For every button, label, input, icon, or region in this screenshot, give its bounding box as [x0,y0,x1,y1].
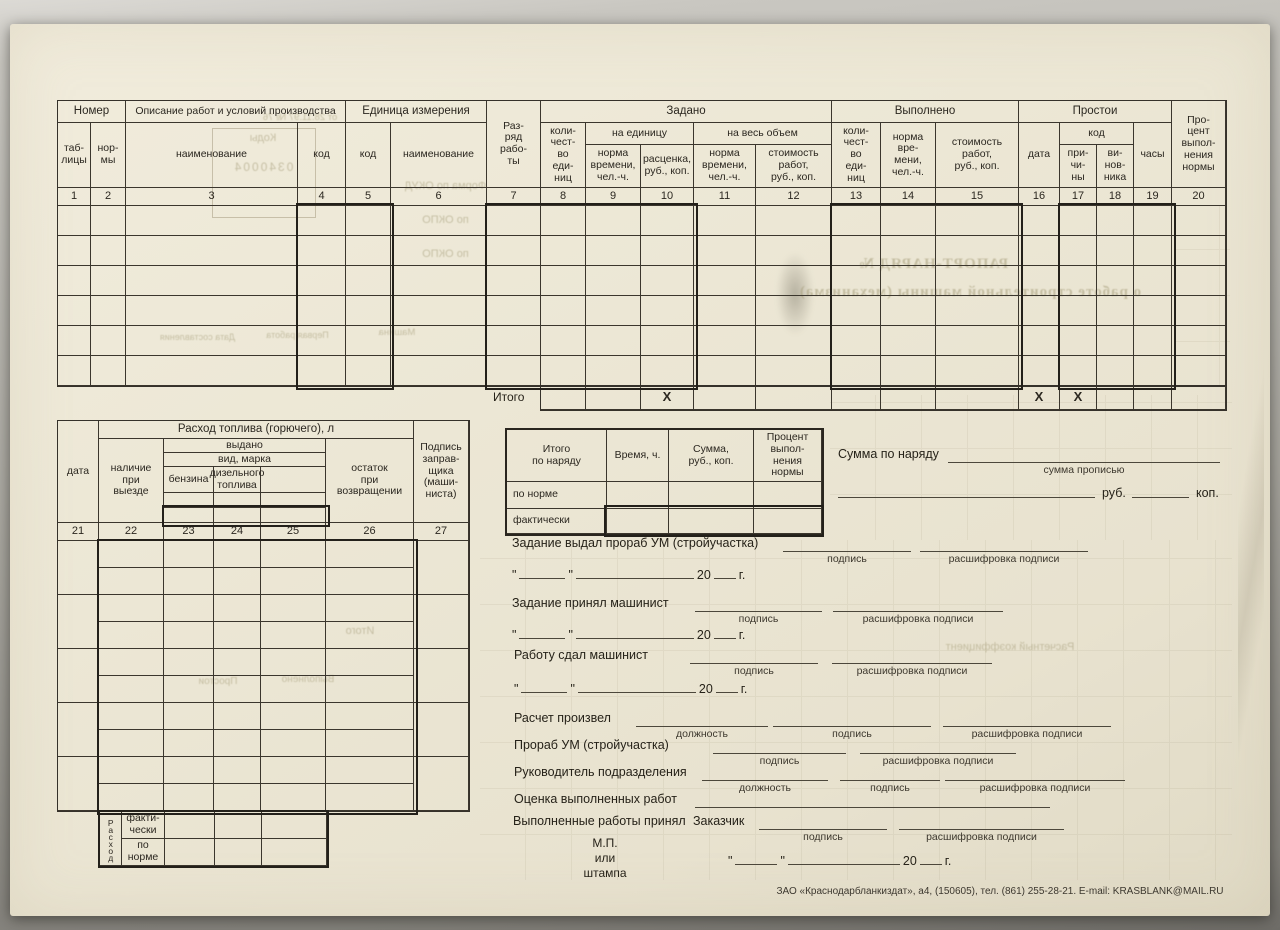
body-cell [298,356,346,386]
body-cell [832,296,881,326]
body-cell [1134,266,1172,296]
column-number: 5 [346,188,391,206]
body-cell [694,206,756,236]
column-number: 19 [1134,188,1172,206]
sum-line [1132,497,1189,498]
body-cell [641,266,694,296]
body-cell [541,296,586,326]
body-cell [541,266,586,296]
fuel-consumption-table: дата Расход топлива (горючего), л наличи… [57,420,470,812]
body-cell [58,541,99,595]
body-cell [58,356,91,386]
body-cell [261,568,326,595]
printer-footer: ЗАО «Краснодарбланкиздат», а4, (150605),… [770,886,1230,897]
body-cell [346,296,391,326]
body-cell [214,541,261,568]
signature-line: расшифровка подписи [945,780,1125,794]
body-cell [487,206,541,236]
col-header-time: Время, ч. [607,430,669,482]
body-cell [1097,236,1134,266]
body-cell [1060,296,1097,326]
empty-cell [607,482,669,509]
col-header-rate: расценка, руб., коп. [641,145,694,188]
col-header-name: наименование [391,123,487,188]
body-cell [391,356,487,386]
empty-cell [165,812,215,839]
sum-in-words-line: сумма прописью [948,462,1220,476]
body-cell [391,296,487,326]
body-cell [586,296,641,326]
body-cell [99,622,164,649]
fuel-consumption-footer: Расход факти- чески по норме [98,810,329,868]
body-cell [164,595,214,622]
column-number: 26 [326,523,414,541]
body-cell [756,356,832,386]
body-cell [326,622,414,649]
column-number: 21 [58,523,99,541]
signature-row-label: Задание принял машинист [512,596,669,610]
row-header-by-norm: по норме [122,839,165,866]
empty-cell [262,839,327,866]
body-cell [99,595,164,622]
col-header-per-volume: на весь объем [694,123,832,145]
body-cell [326,595,414,622]
body-cell [1019,236,1060,266]
body-cell [298,206,346,236]
body-cell [58,595,99,649]
body-cell [1172,326,1226,356]
body-cell [99,703,164,730]
col-header-time-norm: норма времени, чел.-ч. [694,145,756,188]
col-header-norm: нор- мы [91,123,126,188]
body-cell [586,236,641,266]
empty-cell [214,493,261,508]
body-cell [91,296,126,326]
signature-line: расшифровка подписи [920,551,1088,565]
body-cell [126,356,298,386]
body-cell [126,296,298,326]
body-cell [832,326,881,356]
row-header-by-norm: по норме [507,482,607,509]
column-number: 9 [586,188,641,206]
body-cell [391,326,487,356]
body-cell [261,784,326,811]
empty-cell [607,509,669,534]
column-number: 24 [214,523,261,541]
body-cell [694,236,756,266]
date-line: ""20г. [512,626,745,642]
body-cell [756,326,832,356]
body-cell [881,326,936,356]
body-cell [326,757,414,784]
body-cell [214,757,261,784]
body-cell [346,326,391,356]
body-cell [391,206,487,236]
body-cell [936,296,1019,326]
body-cell [326,784,414,811]
body-cell [261,595,326,622]
body-cell [326,541,414,568]
column-number: 16 [1019,188,1060,206]
body-cell [214,703,261,730]
col-header-date: дата [1019,123,1060,188]
empty-cell [261,508,326,523]
body-cell [58,703,99,757]
kop-label: коп. [1196,486,1219,500]
body-cell [1060,356,1097,386]
column-number: 4 [298,188,346,206]
body-cell [541,356,586,386]
totals-cell [586,386,641,410]
signature-row-label: Работу сдал машинист [514,648,648,662]
body-cell [1097,206,1134,236]
body-cell [641,356,694,386]
date-line: ""20г. [514,680,747,696]
body-cell [91,266,126,296]
body-cell [326,649,414,676]
column-number: 17 [1060,188,1097,206]
body-cell [326,730,414,757]
column-number: 18 [1097,188,1134,206]
signature-line: подпись [690,663,818,677]
body-cell [881,356,936,386]
col-header-remainder: остаток при возвращении [326,439,414,523]
col-header-cost: стоимость работ, руб., коп. [756,145,832,188]
row-header-actual: фактически [507,509,607,534]
totals-x-cell: X [1019,386,1060,410]
body-cell [1172,266,1226,296]
empty-cell [164,493,214,508]
body-cell [832,206,881,236]
empty-cell [261,493,326,508]
body-cell [261,730,326,757]
body-cell [1060,326,1097,356]
col-header-percent: Про- цент выпол- нения нормы [1172,101,1226,188]
body-cell [91,206,126,236]
body-cell [881,206,936,236]
totals-cell [936,386,1019,410]
signature-line: подпись [713,753,846,767]
col-header-downtime-code: код [1060,123,1134,145]
totals-cell [694,386,756,410]
col-header-hours: часы [1134,123,1172,188]
body-cell [694,356,756,386]
body-cell [586,326,641,356]
body-cell [487,236,541,266]
column-number: 12 [756,188,832,206]
body-cell [261,622,326,649]
totals-cell [1172,386,1226,410]
col-header-percent: Процент выпол- нения нормы [754,430,822,482]
col-header-diesel: дизельного топлива [214,467,261,493]
column-number: 23 [164,523,214,541]
body-cell [756,236,832,266]
empty-cell [754,482,822,509]
signature-line: расшифровка подписи [899,829,1064,843]
body-cell [541,236,586,266]
signature-line: расшифровка подписи [943,726,1111,740]
body-cell [214,649,261,676]
body-cell [99,676,164,703]
empty-cell [165,839,215,866]
body-cell [1134,206,1172,236]
body-cell [391,266,487,296]
body-cell [414,757,469,811]
body-cell [99,649,164,676]
column-number: 25 [261,523,326,541]
body-cell [164,784,214,811]
body-cell [414,649,469,703]
signature-row-label: Задание выдал прораб УМ (стройучастка) [512,536,758,550]
empty-cell [215,839,262,866]
body-cell [586,206,641,236]
rub-label: руб. [1102,486,1126,500]
body-cell [99,568,164,595]
body-cell [91,326,126,356]
column-number: 27 [414,523,469,541]
body-cell [1172,236,1226,266]
col-header-petrol: бензина [164,467,214,493]
row-header-actual: факти- чески [122,812,165,839]
body-cell [58,296,91,326]
body-cell [936,206,1019,236]
signature-row-label: Расчет произвел [514,711,611,725]
main-work-table: Номер таб- лицы нор- мы Описание работ и… [57,100,1227,387]
col-header-on-departure: наличие при выезде [99,439,164,523]
signature-line: подпись [695,611,822,625]
body-cell [126,236,298,266]
body-cell [261,757,326,784]
body-cell [832,266,881,296]
body-cell [1097,326,1134,356]
column-number: 13 [832,188,881,206]
body-cell [487,356,541,386]
col-header-time-norm: норма времени, чел.-ч. [586,145,641,188]
scanned-form-raport-naryad: { "main_table": { "groups": { "number": … [0,0,1280,930]
body-cell [261,541,326,568]
body-cell [936,356,1019,386]
body-cell [214,730,261,757]
body-cell [1097,356,1134,386]
col-header-filler-signature: Подпись заправ- щика (маши- ниста) [414,421,469,523]
body-cell [164,541,214,568]
column-number: 7 [487,188,541,206]
signature-line: подпись [783,551,911,565]
body-cell [164,649,214,676]
body-cell [91,236,126,266]
body-cell [164,622,214,649]
totals-cell [832,386,881,410]
col-header-date: дата [58,421,99,523]
body-cell [164,676,214,703]
body-cell [164,568,214,595]
body-cell [261,649,326,676]
col-header-number: Номер [58,101,126,123]
col-header-per-unit: на единицу [586,123,694,145]
sum-line [838,497,1095,498]
empty-cell [261,467,326,493]
signature-line: расшифровка подписи [860,753,1016,767]
body-cell [261,676,326,703]
column-number: 3 [126,188,298,206]
column-number: 6 [391,188,487,206]
body-cell [346,236,391,266]
body-cell [164,757,214,784]
signature-row-label: Руководитель подразделения [514,765,687,779]
col-header-tab: таб- лицы [58,123,91,188]
col-header-done: Выполнено [832,101,1019,123]
body-cell [641,326,694,356]
body-cell [326,703,414,730]
body-cell [164,703,214,730]
col-header-summary-title: Итого по наряду [507,430,607,482]
body-cell [214,568,261,595]
body-cell [214,784,261,811]
col-header-qty: коли- чест- во еди- ниц [541,123,586,188]
body-cell [91,356,126,386]
body-cell [298,326,346,356]
body-cell [756,296,832,326]
col-header-assigned: Задано [541,101,832,123]
body-cell [1019,296,1060,326]
body-cell [414,703,469,757]
body-cell [1172,296,1226,326]
empty-cell [262,812,327,839]
empty-cell [214,508,261,523]
signature-line: расшифровка подписи [832,663,992,677]
col-header-time-norm-done: норма вре- мени, чел.-ч. [881,123,936,188]
body-cell [641,296,694,326]
body-cell [298,236,346,266]
body-cell [1172,356,1226,386]
col-header-code: код [346,123,391,188]
col-header-code: код [298,123,346,188]
column-number: 22 [99,523,164,541]
body-cell [298,296,346,326]
totals-cell [541,386,586,410]
column-number: 14 [881,188,936,206]
body-cell [99,757,164,784]
body-cell [694,296,756,326]
body-cell [164,730,214,757]
fuel-table-title: Расход топлива (горючего), л [99,421,414,439]
empty-cell [669,509,754,534]
totals-cell [1097,386,1134,410]
totals-x-cell: X [641,386,694,410]
body-cell [586,266,641,296]
date-line: ""20г. [728,852,951,868]
body-cell [326,676,414,703]
body-cell [586,356,641,386]
assessment-line [695,807,1050,808]
body-cell [694,266,756,296]
body-cell [58,757,99,811]
column-number: 11 [694,188,756,206]
body-cell [126,326,298,356]
column-number: 1 [58,188,91,206]
column-number: 10 [641,188,694,206]
body-cell [1019,326,1060,356]
totals-cell [756,386,832,410]
body-cell [936,236,1019,266]
column-number: 2 [91,188,126,206]
body-cell [487,296,541,326]
body-cell [58,649,99,703]
body-cell [214,622,261,649]
body-cell [326,568,414,595]
body-cell [58,326,91,356]
signature-row-label: Выполненные работы принял [513,814,686,828]
row-header-consumption: Расход [100,812,122,866]
body-cell [641,236,694,266]
totals-x-cell: X [1060,386,1097,410]
body-cell [298,266,346,296]
bleedthrough-coefficient: Расчетный коэффициент [925,641,1095,653]
body-cell [1134,236,1172,266]
body-cell [832,236,881,266]
signature-line: подпись [840,780,940,794]
body-cell [541,326,586,356]
col-header-culprit: ви- нов- ника [1097,145,1134,188]
body-cell [414,595,469,649]
signature-line: должность [702,780,828,794]
col-header-kind-brand: вид, марка [164,453,326,467]
body-cell [346,266,391,296]
body-cell [1097,296,1134,326]
body-cell [1060,206,1097,236]
body-cell [1134,326,1172,356]
empty-cell [754,509,822,534]
totals-label: Итого [493,390,524,404]
body-cell [391,236,487,266]
col-header-reasons: при- чи- ны [1060,145,1097,188]
body-cell [1019,266,1060,296]
body-cell [261,703,326,730]
body-cell [487,326,541,356]
signature-row-label: Прораб УМ (стройучастка) [514,738,669,752]
col-header-downtime: Простои [1019,101,1172,123]
body-cell [881,296,936,326]
body-cell [881,266,936,296]
body-cell [58,206,91,236]
body-cell [126,266,298,296]
order-summary-table: Итого по наряду Время, ч. Сумма, руб., к… [505,428,824,536]
body-cell [936,266,1019,296]
column-number: 20 [1172,188,1226,206]
body-cell [756,206,832,236]
date-line: ""20г. [512,566,745,582]
body-cell [694,326,756,356]
body-cell [1060,266,1097,296]
body-cell [487,266,541,296]
col-header-work-description: Описание работ и условий производства [126,101,346,123]
body-cell [936,326,1019,356]
body-cell [214,676,261,703]
signature-line: подпись [759,829,887,843]
body-cell [414,541,469,595]
body-cell [346,356,391,386]
column-number: 8 [541,188,586,206]
totals-cell [881,386,936,410]
totals-row: XXX [540,385,1227,411]
col-header-cost: стоимость работ, руб., коп. [936,123,1019,188]
body-cell [1134,296,1172,326]
body-cell [832,356,881,386]
body-cell [58,236,91,266]
body-cell [214,595,261,622]
stamp-label: М.П. или штампа [558,836,652,881]
col-header-name: наименование [126,123,298,188]
